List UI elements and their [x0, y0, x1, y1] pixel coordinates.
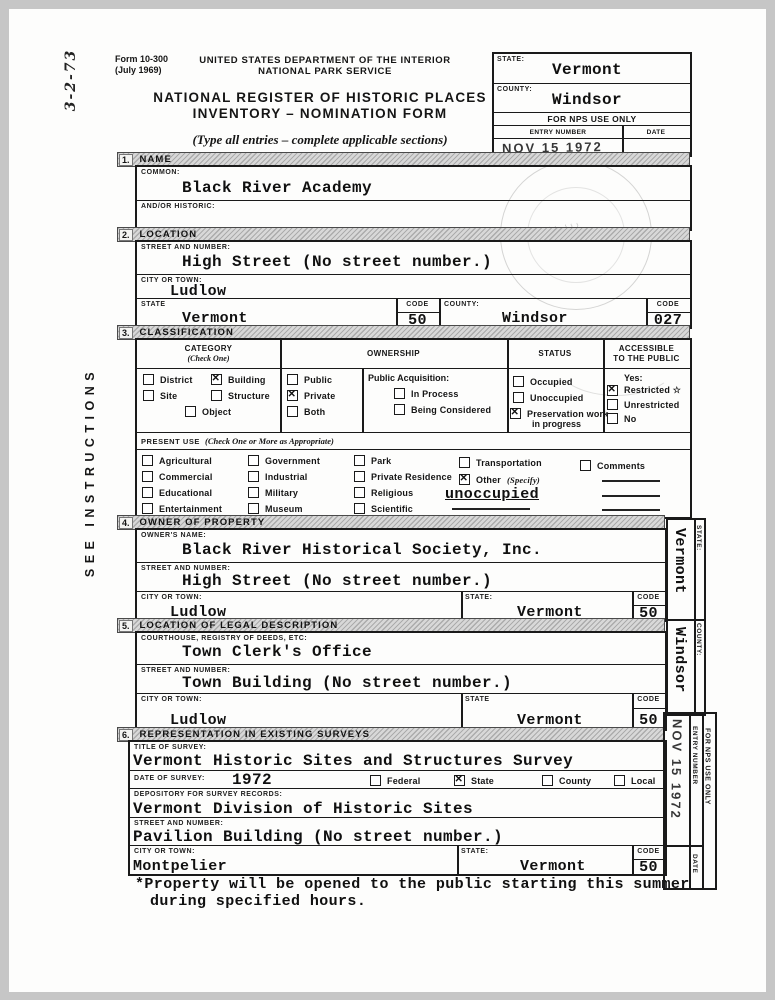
checkbox-occupied: [513, 376, 524, 387]
blank-line: [602, 495, 660, 497]
city-row: CITY OR TOWN: Ludlow: [137, 274, 690, 299]
section-1-number: 1.: [119, 154, 133, 166]
dept-line-2: NATIONAL PARK SERVICE: [180, 66, 470, 77]
scientific-label: Scientific: [371, 504, 413, 514]
common-name-row: COMMON: Black River Academy: [137, 167, 690, 200]
checkbox-scientific: [354, 503, 365, 514]
status-header: STATUS: [507, 349, 603, 358]
other-note: (Specify): [507, 475, 540, 485]
checkbox-park: [354, 455, 365, 466]
section-3-classification: CATEGORY (Check One) OWNERSHIP STATUS AC…: [135, 338, 692, 519]
depository-label: DEPOSITORY FOR SURVEY RECORDS:: [134, 791, 282, 798]
section-2-title: LOCATION: [140, 229, 198, 240]
private-label: Private: [304, 391, 335, 401]
section-1-title: NAME: [140, 154, 172, 165]
scan-edge-top: [0, 0, 775, 9]
transportation-label: Transportation: [476, 458, 542, 468]
park-label: Park: [371, 456, 391, 466]
other-label: Other: [476, 475, 501, 485]
checkbox-museum: [248, 503, 259, 514]
checkbox-unrestricted: [607, 399, 618, 410]
owner-name-value: Black River Historical Society, Inc.: [182, 541, 542, 559]
section-3-title: CLASSIFICATION: [140, 327, 234, 338]
comments-label: Comments: [597, 461, 645, 471]
checkbox-restricted: [607, 385, 618, 396]
nps-county-label: COUNTY:: [497, 86, 532, 93]
restricted-label: Restricted ☆: [624, 385, 681, 396]
divider: [461, 592, 463, 621]
survey-code-label: CODE: [632, 848, 665, 855]
historic-label: AND/OR HISTORIC:: [141, 203, 215, 210]
section-6-number: 6.: [119, 729, 133, 741]
survey-city-label: CITY OR TOWN:: [134, 848, 195, 855]
checkbox-preservation: [510, 408, 521, 419]
acquisition-label: Public Acquisition:: [368, 373, 449, 383]
divider: [362, 369, 364, 433]
legal-city-label: CITY OR TOWN:: [141, 696, 202, 703]
owner-street-value: High Street (No street number.): [182, 572, 492, 590]
classification-body-row: District Building Site Structure Object …: [137, 368, 690, 433]
footnote-line-1: *Property will be opened to the public s…: [135, 876, 690, 893]
survey-date-label: DATE OF SURVEY:: [134, 775, 205, 782]
yes-label: Yes:: [624, 373, 643, 383]
type-instruction: (Type all entries – complete applicable …: [130, 132, 510, 148]
margin-state-label: STATE:: [695, 525, 702, 551]
owner-street-label: STREET AND NUMBER:: [141, 565, 230, 572]
checkbox-site: [143, 390, 154, 401]
footnote-line-2: during specified hours.: [150, 893, 366, 910]
site-label: Site: [160, 391, 177, 401]
in-process-label: In Process: [411, 389, 459, 399]
divider: [439, 299, 441, 328]
scanned-form-page: { "scan": { "handwritten_date": "3-2-73"…: [0, 0, 775, 1000]
form-revision: (July 1969): [115, 65, 168, 76]
divider: [668, 619, 704, 621]
owner-name-label: OWNER'S NAME:: [141, 532, 206, 539]
checkbox-commercial: [142, 471, 153, 482]
margin-entry-label: ENTRY NUMBER: [691, 726, 698, 785]
checkbox-educational: [142, 487, 153, 498]
local-survey-label: Local: [631, 776, 656, 786]
checkbox-structure: [211, 390, 222, 401]
nps-only-label: FOR NPS USE ONLY: [494, 112, 690, 126]
county-label: COUNTY:: [444, 301, 479, 308]
checkbox-county-survey: [542, 775, 553, 786]
legal-street-value: Town Building (No street number.): [182, 674, 512, 692]
section-6-title: REPRESENTATION IN EXISTING SURVEYS: [140, 729, 371, 740]
checkbox-private-residence: [354, 471, 365, 482]
occupied-label: Occupied: [530, 377, 573, 387]
no-label: No: [624, 414, 636, 424]
historic-name-row: AND/OR HISTORIC:: [137, 200, 690, 230]
industrial-label: Industrial: [265, 472, 308, 482]
form-title-line-1: NATIONAL REGISTER OF HISTORIC PLACES: [130, 90, 510, 106]
category-subheader: (Check One): [137, 354, 280, 363]
checkbox-industrial: [248, 471, 259, 482]
checkbox-private: [287, 390, 298, 401]
street-row: STREET AND NUMBER: High Street (No stree…: [137, 242, 690, 274]
common-value: Black River Academy: [182, 179, 372, 197]
section-4-title: OWNER OF PROPERTY: [140, 517, 266, 528]
present-use-note: (Check One or More as Appropriate): [205, 436, 334, 446]
survey-title-row: TITLE OF SURVEY: Vermont Historic Sites …: [130, 742, 665, 770]
being-considered-label: Being Considered: [411, 405, 491, 415]
department-heading: UNITED STATES DEPARTMENT OF THE INTERIOR…: [180, 55, 470, 77]
county-survey-label: County: [559, 776, 591, 786]
section-5-legal: COURTHOUSE, REGISTRY OF DEEDS, ETC: Town…: [135, 631, 667, 731]
section-2-location: STREET AND NUMBER: High Street (No stree…: [135, 240, 692, 329]
divider: [457, 846, 459, 875]
checkbox-agricultural: [142, 455, 153, 466]
divider: [603, 369, 605, 433]
section-4-number: 4.: [119, 517, 133, 529]
street-label: STREET AND NUMBER:: [141, 244, 230, 251]
margin-state-county-strip: Vermont STATE: Windsor COUNTY:: [666, 518, 706, 716]
ownership-header: OWNERSHIP: [280, 349, 507, 358]
survey-title-label: TITLE OF SURVEY:: [134, 744, 206, 751]
entertainment-label: Entertainment: [159, 504, 222, 514]
preservation-label-2: in progress: [532, 419, 581, 429]
section-4-owner: OWNER'S NAME: Black River Historical Soc…: [135, 528, 667, 622]
district-label: District: [160, 375, 193, 385]
margin-county-value: Windsor: [671, 627, 688, 693]
unrestricted-label: Unrestricted: [624, 400, 679, 410]
nps-county-row: COUNTY: Windsor: [494, 83, 690, 113]
section-2-number: 2.: [119, 229, 133, 241]
divider: [461, 694, 463, 730]
survey-city-value: Montpelier: [133, 858, 227, 875]
checkbox-no: [607, 413, 618, 424]
survey-street-value: Pavilion Building (No street number.): [133, 828, 503, 846]
state-survey-label: State: [471, 776, 494, 786]
nps-entry-header-row: ENTRY NUMBER DATE: [494, 125, 690, 139]
checkbox-entertainment: [142, 503, 153, 514]
building-label: Building: [228, 375, 266, 385]
checkbox-building: [211, 374, 222, 385]
courthouse-row: COURTHOUSE, REGISTRY OF DEEDS, ETC: Town…: [137, 633, 665, 664]
legal-code-label: CODE: [632, 696, 665, 703]
category-header: CATEGORY: [137, 344, 280, 353]
checkbox-government: [248, 455, 259, 466]
survey-title-value: Vermont Historic Sites and Structures Su…: [133, 752, 573, 770]
survey-date-value: 1972: [232, 771, 272, 789]
divider: [632, 708, 665, 709]
checkbox-federal: [370, 775, 381, 786]
margin-county-label: COUNTY:: [695, 623, 702, 656]
unoccupied-label: Unoccupied: [530, 393, 584, 403]
state-code-label: CODE: [396, 301, 439, 308]
courthouse-label: COURTHOUSE, REGISTRY OF DEEDS, ETC:: [141, 635, 307, 642]
courthouse-value: Town Clerk's Office: [182, 643, 372, 661]
nps-county-value: Windsor: [552, 91, 622, 109]
margin-nps-strip: NOV 15 1972 ENTRY NUMBER DATE FOR NPS US…: [663, 712, 717, 890]
public-label: Public: [304, 375, 332, 385]
present-use-header-row: PRESENT USE (Check One or More as Approp…: [137, 432, 690, 450]
checkbox-public: [287, 374, 298, 385]
scan-edge-left: [0, 0, 9, 1000]
form-title: NATIONAL REGISTER OF HISTORIC PLACES INV…: [130, 90, 510, 122]
object-label: Object: [202, 407, 231, 417]
margin-nps-only-label: FOR NPS USE ONLY: [704, 728, 711, 805]
both-label: Both: [304, 407, 325, 417]
see-instructions-vertical: SEE INSTRUCTIONS: [83, 322, 103, 622]
blank-line: [452, 508, 530, 510]
checkbox-both: [287, 406, 298, 417]
form-number-block: Form 10-300 (July 1969): [115, 54, 168, 76]
owner-name-row: OWNER'S NAME: Black River Historical Soc…: [137, 530, 665, 562]
street-value: High Street (No street number.): [182, 253, 492, 271]
margin-entry-stamp: NOV 15 1972: [668, 719, 685, 820]
accessible-header-1: ACCESSIBLE: [603, 344, 690, 353]
owner-state-label: STATE:: [465, 594, 493, 601]
section-1-name: COMMON: Black River Academy AND/OR HISTO…: [135, 165, 692, 231]
federal-label: Federal: [387, 776, 420, 786]
depository-value: Vermont Division of Historic Sites: [133, 800, 473, 818]
private-residence-label: Private Residence: [371, 472, 452, 482]
survey-date-row: DATE OF SURVEY: 1972 Federal State Count…: [130, 770, 665, 789]
county-code-label: CODE: [646, 301, 690, 308]
structure-label: Structure: [228, 391, 270, 401]
checkbox-military: [248, 487, 259, 498]
survey-state-value: Vermont: [520, 858, 586, 875]
owner-city-row: CITY OR TOWN: Ludlow STATE: Vermont CODE…: [137, 591, 665, 621]
survey-code-value: 50: [632, 859, 665, 876]
depository-row: DEPOSITORY FOR SURVEY RECORDS: Vermont D…: [130, 788, 665, 818]
section-6-surveys: TITLE OF SURVEY: Vermont Historic Sites …: [128, 740, 667, 876]
preservation-label-1: Preservation work: [527, 409, 608, 419]
museum-label: Museum: [265, 504, 303, 514]
other-specify-value: unoccupied: [445, 486, 539, 503]
form-number: Form 10-300: [115, 54, 168, 65]
government-label: Government: [265, 456, 320, 466]
checkbox-other: [459, 474, 470, 485]
dept-line-1: UNITED STATES DEPARTMENT OF THE INTERIOR: [180, 55, 470, 66]
section-5-number: 5.: [119, 620, 133, 632]
legal-state-label: STATE: [465, 696, 490, 703]
blank-line: [602, 509, 660, 511]
survey-state-label: STATE:: [461, 848, 489, 855]
checkbox-transportation: [459, 457, 470, 468]
divider: [665, 845, 702, 847]
military-label: Military: [265, 488, 298, 498]
common-label: COMMON:: [141, 169, 180, 176]
section-5-title: LOCATION OF LEGAL DESCRIPTION: [140, 620, 339, 631]
checkbox-in-process: [394, 388, 405, 399]
nps-state-value: Vermont: [552, 61, 622, 79]
form-title-line-2: INVENTORY – NOMINATION FORM: [130, 106, 510, 122]
present-use-label: PRESENT USE: [141, 437, 200, 446]
checkbox-local-survey: [614, 775, 625, 786]
legal-city-row: CITY OR TOWN: Ludlow STATE Vermont CODE …: [137, 693, 665, 730]
checkbox-state-survey: [454, 775, 465, 786]
checkbox-unoccupied: [513, 392, 524, 403]
scan-edge-bottom: [0, 992, 775, 1000]
checkbox-comments: [580, 460, 591, 471]
nps-state-label: STATE:: [497, 56, 525, 63]
survey-street-row: STREET AND NUMBER: Pavilion Building (No…: [130, 817, 665, 846]
classification-header-row: CATEGORY (Check One) OWNERSHIP STATUS AC…: [137, 340, 690, 368]
handwritten-date: 3-2-73: [63, 38, 83, 122]
checkbox-religious: [354, 487, 365, 498]
state-county-row: STATE Vermont CODE 50 COUNTY: Windsor CO…: [137, 298, 690, 328]
commercial-label: Commercial: [159, 472, 213, 482]
divider: [280, 369, 282, 433]
divider: [507, 369, 509, 433]
checkbox-district: [143, 374, 154, 385]
religious-label: Religious: [371, 488, 413, 498]
owner-street-row: STREET AND NUMBER: High Street (No stree…: [137, 562, 665, 592]
checkbox-object: [185, 406, 196, 417]
margin-state-value: Vermont: [671, 528, 688, 594]
present-use-grid: Agricultural Commercial Educational Ente…: [137, 449, 690, 518]
survey-street-label: STREET AND NUMBER:: [134, 820, 223, 827]
scan-edge-right: [766, 0, 775, 1000]
entry-number-label: ENTRY NUMBER: [494, 129, 622, 136]
owner-code-label: CODE: [632, 594, 665, 601]
date-label: DATE: [622, 129, 690, 136]
owner-city-label: CITY OR TOWN:: [141, 594, 202, 601]
legal-street-label: STREET AND NUMBER:: [141, 667, 230, 674]
agricultural-label: Agricultural: [159, 456, 212, 466]
state-label: STATE: [141, 301, 166, 308]
accessible-header-2: TO THE PUBLIC: [603, 354, 690, 363]
nps-state-row: STATE: Vermont: [494, 54, 690, 83]
educational-label: Educational: [159, 488, 212, 498]
margin-date-label: DATE: [691, 854, 698, 873]
survey-city-row: CITY OR TOWN: Montpelier STATE: Vermont …: [130, 845, 665, 875]
nps-use-box: STATE: Vermont COUNTY: Windsor FOR NPS U…: [492, 52, 692, 157]
section-3-number: 3.: [119, 327, 133, 339]
checkbox-being-considered: [394, 404, 405, 415]
legal-street-row: STREET AND NUMBER: Town Building (No str…: [137, 664, 665, 694]
blank-line: [602, 480, 660, 482]
